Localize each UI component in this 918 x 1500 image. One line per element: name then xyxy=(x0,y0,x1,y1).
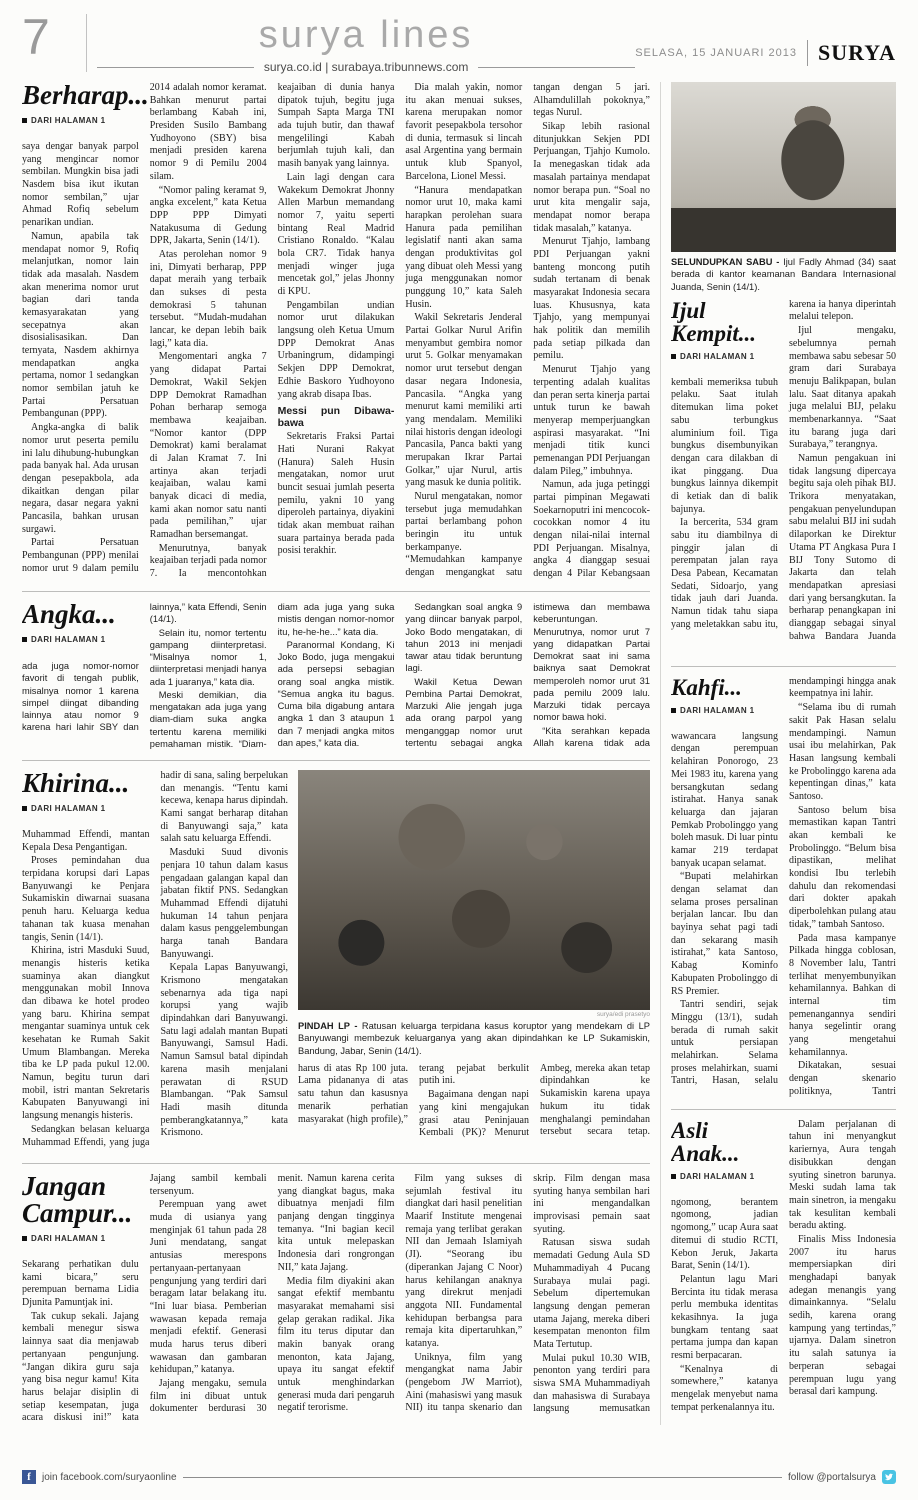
article-paragraph: Finalis Miss Indonesia 2007 itu harus me… xyxy=(789,1234,896,1399)
article-paragraph: kembali memeriksa tubuh pelaku. Saat itu… xyxy=(671,377,778,517)
article-paragraph: Menurut Tjahjo, lambang PDI Perjuangan y… xyxy=(533,236,650,363)
article-paragraph: Kepala Lapas Banyuwangi, Krismono mengat… xyxy=(161,962,289,1140)
article-khirina-left: Khirina... DARI HALAMAN 1 Muhammad Effen… xyxy=(22,770,288,1154)
article-kahfi-body: Kahfi... DARI HALAMAN 1 wawancara langsu… xyxy=(671,676,896,1100)
article-paragraph: “Bupati melahirkan dengan selamat dan se… xyxy=(671,871,778,998)
article-khirina-continued: harus di atas Rp 100 juta. Lama pidanany… xyxy=(298,1063,650,1143)
article-subhead: Messi pun Dibawa-bawa xyxy=(278,405,395,429)
footer-bar: f join facebook.com/suryaonline follow @… xyxy=(22,1470,896,1484)
article-paragraph: Muhammad Effendi, mantan Kepala Desa Pen… xyxy=(22,829,150,854)
article-ijul-kempit-body: Ijul Kempit... DARI HALAMAN 1 kembali me… xyxy=(671,299,896,657)
article-khirina-body: Khirina... DARI HALAMAN 1 Muhammad Effen… xyxy=(22,770,288,1154)
article-paragraph: Khirina, istri Masduki Suud, menangis hi… xyxy=(22,945,150,1123)
article-angka: Angka... DARI HALAMAN 1 ada juga nomor-n… xyxy=(22,601,650,751)
article-paragraph: Media film diyakini akan sangat efektif … xyxy=(278,1276,395,1416)
section-divider xyxy=(22,591,650,592)
article-paragraph: Selain itu, nomor tertentu gampang diint… xyxy=(150,627,267,688)
kicker-square-icon xyxy=(22,637,27,642)
masthead-title: surya lines xyxy=(97,16,635,54)
article-paragraph: Sedangkan soal angka 9 yang diincar bany… xyxy=(405,601,522,675)
page-header: 7 surya lines surya.co.id | surabaya.tri… xyxy=(0,0,918,74)
masthead-rule-left xyxy=(97,67,254,68)
article-khirina-right: surya/edi prasetyo PINDAH LP - Ratusan k… xyxy=(298,770,650,1154)
section-divider xyxy=(671,1109,896,1110)
article-paragraph: Sikap lebih rasional ditunjukkan Sekjen … xyxy=(533,121,650,235)
article-paragraph: Angka-angka di balik nomor urut peserta … xyxy=(22,422,139,536)
article-kahfi-headline: Kahfi... xyxy=(671,676,778,699)
facebook-label: join facebook.com/suryaonline xyxy=(42,1472,177,1483)
article-paragraph: Menurut Tjahjo yang terpenting adalah ku… xyxy=(533,364,650,478)
article-paragraph: “Kenalnya di somewhere,” katanya mengela… xyxy=(671,1364,778,1415)
article-paragraph: Pelantun lagu Mari Bercinta itu tidak me… xyxy=(671,1274,778,1363)
article-jangan-campur-headline: Jangan Campur... xyxy=(22,1173,139,1227)
kicker-square-icon xyxy=(671,354,676,359)
kicker-square-icon xyxy=(671,1174,676,1179)
twitter-label: follow @portalsurya xyxy=(788,1472,876,1483)
header-right: SELASA, 15 JANUARI 2013 SURYA xyxy=(635,40,896,66)
masthead-subrow: surya.co.id | surabaya.tribunnews.com xyxy=(97,60,635,74)
footer-rule xyxy=(183,1477,783,1478)
article-paragraph: Film yang sukses di sejumlah festival it… xyxy=(405,1173,522,1351)
twitter-icon xyxy=(882,1470,896,1484)
article-paragraph: Masduki Suud divonis penjara 10 tahun da… xyxy=(161,847,289,961)
article-asli-anak-headline: Asli Anak... xyxy=(671,1119,778,1165)
kicker-square-icon xyxy=(22,1236,27,1241)
kicker-square-icon xyxy=(22,806,27,811)
caption-lead: SELUNDUPKAN SABU - xyxy=(671,257,779,267)
article-paragraph: ngomong, berantem ngomong, jadian ngomon… xyxy=(671,1197,778,1273)
article-angka-body: Angka... DARI HALAMAN 1 ada juga nomor-n… xyxy=(22,601,650,751)
section-divider xyxy=(671,666,896,667)
article-paragraph: Lain lagi dengan cara Wakekum Demokrat J… xyxy=(278,172,395,299)
article-paragraph: Ratusan siswa sudah memadati Gedung Aula… xyxy=(533,1237,650,1351)
article-paragraph: Pengambilan undian nomor urut dilakukan … xyxy=(278,300,395,402)
article-berharap-headline: Berharap... xyxy=(22,82,139,109)
article-angka-kicker: DARI HALAMAN 1 xyxy=(22,635,139,644)
article-paragraph: “Selama ibu di rumah sakit Pak Hasan sel… xyxy=(789,702,896,804)
article-paragraph: “Hanura mendapatkan nomor urut 10, maka … xyxy=(405,185,522,312)
article-khirina: Khirina... DARI HALAMAN 1 Muhammad Effen… xyxy=(22,770,650,1154)
article-angka-headline: Angka... xyxy=(22,601,139,628)
article-paragraph: Paranormal Kondang, Ki Joko Bodo, juga m… xyxy=(278,639,395,749)
dateline: SELASA, 15 JANUARI 2013 xyxy=(635,47,797,59)
article-khirina-kicker: DARI HALAMAN 1 xyxy=(22,804,150,813)
photo-pindah-lp xyxy=(298,770,650,1010)
article-paragraph: Ijul mengaku, sebelumnya pernah membawa … xyxy=(789,325,896,452)
article-ijul-kempit: Ijul Kempit... DARI HALAMAN 1 kembali me… xyxy=(671,299,896,657)
article-paragraph: Atas perolehan nomor 9 ini, Dimyati berh… xyxy=(150,249,267,351)
article-asli-anak: Asli Anak... DARI HALAMAN 1 ngomong, ber… xyxy=(671,1119,896,1415)
brand-logo: SURYA xyxy=(807,40,896,66)
article-paragraph: Proses pemindahan dua terpidana korupsi … xyxy=(22,855,150,944)
article-asli-anak-body: Asli Anak... DARI HALAMAN 1 ngomong, ber… xyxy=(671,1119,896,1415)
facebook-icon: f xyxy=(22,1470,36,1484)
photo-credit: surya/edi prasetyo xyxy=(298,1011,650,1018)
article-paragraph: Dia malah yakin, nomor itu akan menuai s… xyxy=(405,82,522,184)
article-paragraph: “Nomor paling keramat 9, angka excelent,… xyxy=(150,185,267,248)
photo-selundupkan-sabu xyxy=(671,82,896,252)
article-berharap-kicker: DARI HALAMAN 1 xyxy=(22,116,139,125)
article-jangan-campur-kicker: DARI HALAMAN 1 xyxy=(22,1234,139,1243)
article-paragraph: Pada masa kampanye Pilkada hingga coblos… xyxy=(789,933,896,1060)
article-jangan-campur-body: Jangan Campur... DARI HALAMAN 1 Sekarang… xyxy=(22,1173,650,1425)
article-jangan-campur: Jangan Campur... DARI HALAMAN 1 Sekarang… xyxy=(22,1173,650,1425)
photo-pindah-caption: PINDAH LP - Ratusan keluarga terpidana k… xyxy=(298,1020,650,1057)
article-paragraph: Wakil Sekretaris Jenderal Partai Golkar … xyxy=(405,312,522,490)
section-divider xyxy=(22,760,650,761)
article-paragraph: Perempuan yang awet muda di usianya yang… xyxy=(150,1199,267,1377)
kicker-square-icon xyxy=(671,708,676,713)
article-ijul-kempit-kicker: DARI HALAMAN 1 xyxy=(671,352,778,361)
article-berharap: Berharap... DARI HALAMAN 1 saya dengar b… xyxy=(22,82,650,582)
masthead-url: surya.co.id | surabaya.tribunnews.com xyxy=(264,60,469,74)
right-region: SELUNDUPKAN SABU - Ijul Fadly Ahmad (34)… xyxy=(660,82,896,1425)
article-paragraph: Namun, apabila tak mendapat nomor 9, Rof… xyxy=(22,231,139,421)
article-kahfi-kicker: DARI HALAMAN 1 xyxy=(671,706,778,715)
article-paragraph: Dalam perjalanan di tahun ini menyangkut… xyxy=(789,1119,896,1233)
newspaper-page: { "header": { "page_number": "7", "masth… xyxy=(0,0,918,1500)
article-paragraph: wawancara langsung dengan perempuan kela… xyxy=(671,731,778,871)
article-paragraph: Mengomentari angka 7 yang didapat Partai… xyxy=(150,351,267,541)
caption-lead: PINDAH LP - xyxy=(298,1021,357,1031)
page-number: 7 xyxy=(22,14,86,62)
photo-selundupkan-caption: SELUNDUPKAN SABU - Ijul Fadly Ahmad (34)… xyxy=(671,256,896,293)
article-khirina-headline: Khirina... xyxy=(22,770,150,797)
article-paragraph: Santoso belum bisa memastikan kapan Tant… xyxy=(789,805,896,932)
article-paragraph: saya dengar banyak parpol yang mengincar… xyxy=(22,141,139,230)
article-berharap-body: Berharap... DARI HALAMAN 1 saya dengar b… xyxy=(22,82,650,582)
article-paragraph: Sekretaris Fraksi Partai Hati Nurani Rak… xyxy=(278,431,395,558)
article-kahfi: Kahfi... DARI HALAMAN 1 wawancara langsu… xyxy=(671,676,896,1100)
left-region: Berharap... DARI HALAMAN 1 saya dengar b… xyxy=(22,82,650,1425)
article-asli-anak-kicker: DARI HALAMAN 1 xyxy=(671,1172,778,1181)
header-divider xyxy=(86,14,87,72)
main-content: Berharap... DARI HALAMAN 1 saya dengar b… xyxy=(0,74,918,1425)
masthead: surya lines surya.co.id | surabaya.tribu… xyxy=(97,14,635,74)
masthead-rule-right xyxy=(478,67,635,68)
section-divider xyxy=(22,1163,650,1164)
article-paragraph: Sekarang perhatikan dulu kami bicara,” s… xyxy=(22,1259,139,1310)
article-ijul-kempit-headline: Ijul Kempit... xyxy=(671,299,778,345)
kicker-square-icon xyxy=(22,118,27,123)
